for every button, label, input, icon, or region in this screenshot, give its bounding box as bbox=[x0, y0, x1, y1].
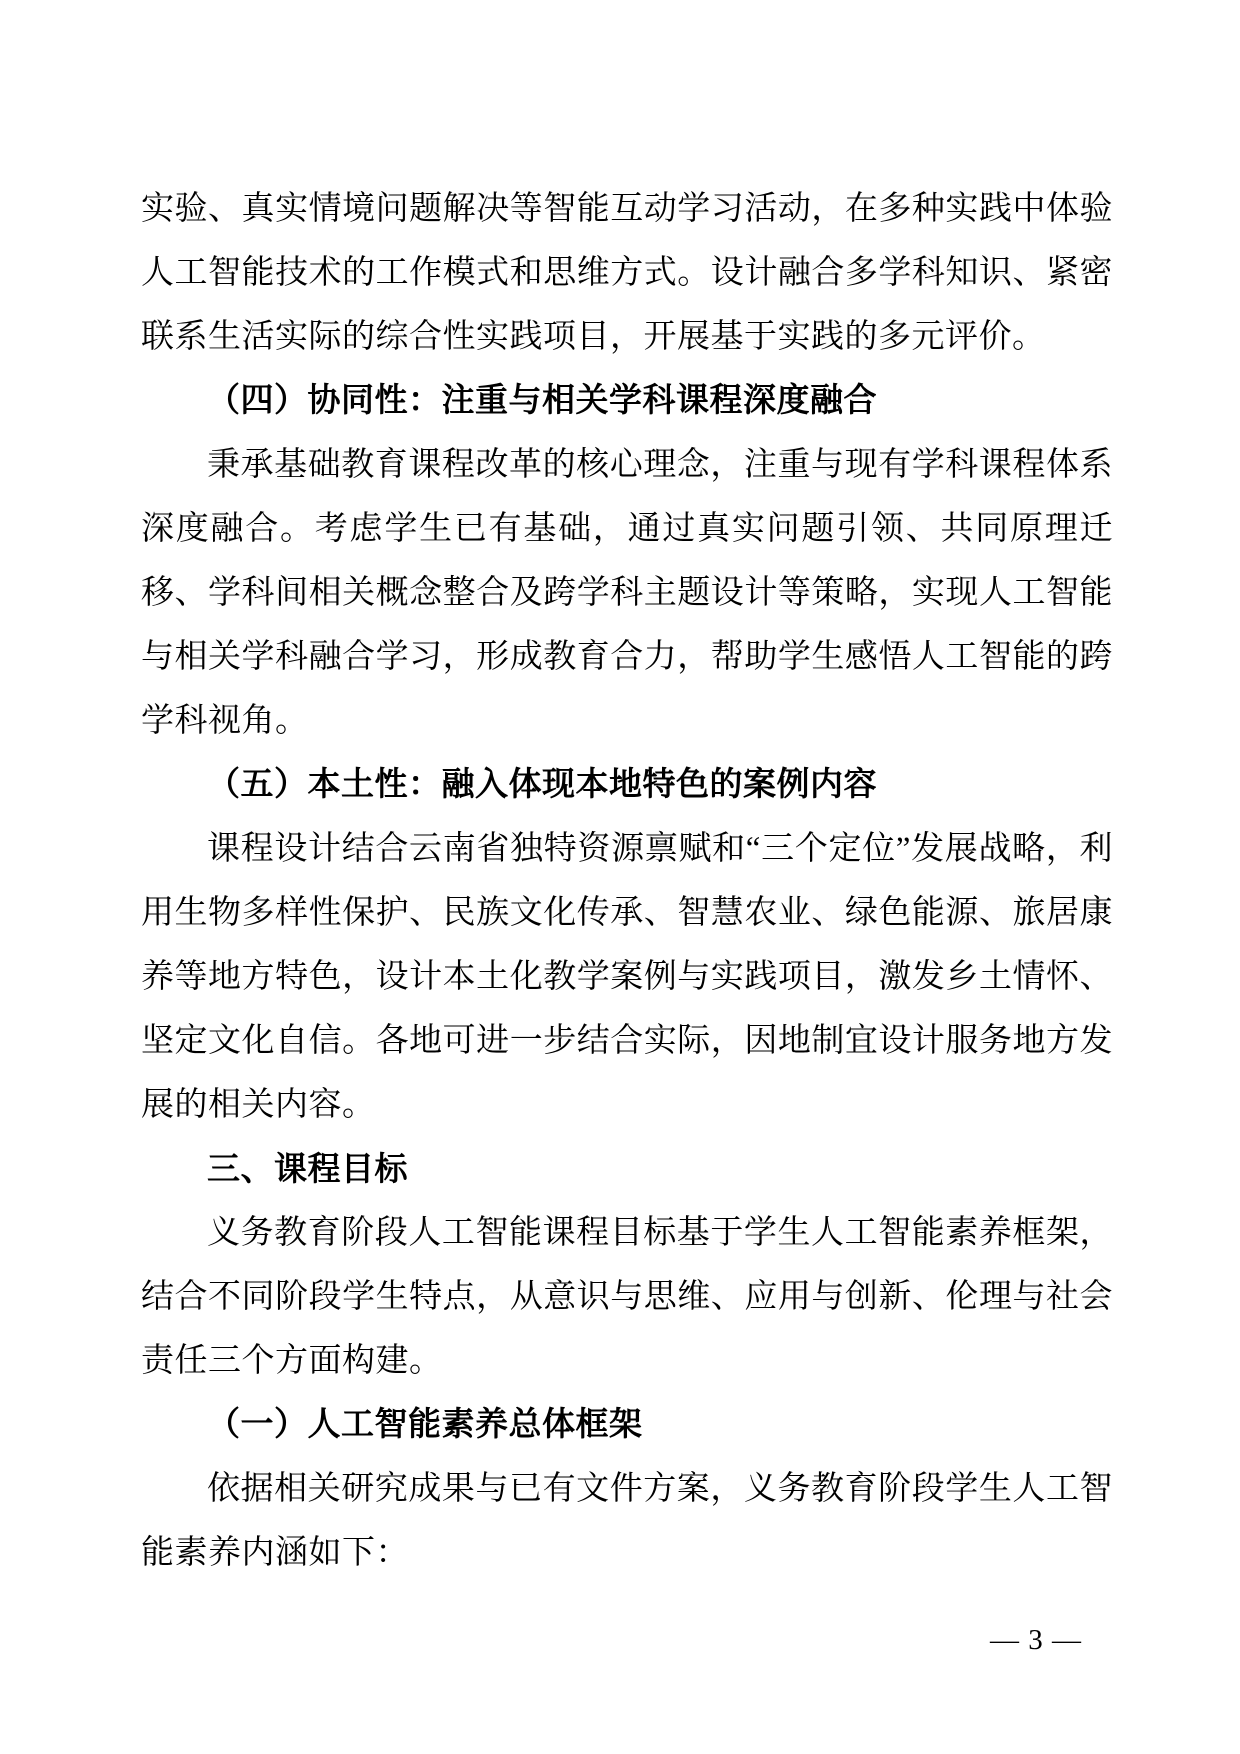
paragraph-course-goals-intro: 义务教育阶段人工智能课程目标基于学生人工智能素养框架，结合不同阶段学生特点，从意… bbox=[141, 1201, 1113, 1393]
paragraph-continuation: 实验、真实情境问题解决等智能互动学习活动，在多种实践中体验人工智能技术的工作模式… bbox=[141, 177, 1113, 369]
paragraph-localization: 课程设计结合云南省独特资源禀赋和“三个定位”发展战略，利用生物多样性保护、民族文… bbox=[141, 817, 1113, 1137]
paragraph-literacy-framework-intro: 依据相关研究成果与已有文件方案，义务教育阶段学生人工智能素养内涵如下： bbox=[141, 1457, 1113, 1585]
document-page: 实验、真实情境问题解决等智能互动学习活动，在多种实践中体验人工智能技术的工作模式… bbox=[0, 0, 1240, 1754]
subsection-heading-5: （五）本土性：融入体现本地特色的案例内容 bbox=[141, 753, 1113, 817]
subsection-heading-4: （四）协同性：注重与相关学科课程深度融合 bbox=[141, 369, 1113, 433]
subsection-heading-1: （一）人工智能素养总体框架 bbox=[141, 1393, 1113, 1457]
page-number: — 3 — bbox=[990, 1620, 1082, 1660]
document-body: 实验、真实情境问题解决等智能互动学习活动，在多种实践中体验人工智能技术的工作模式… bbox=[141, 177, 1113, 1585]
paragraph-collaboration: 秉承基础教育课程改革的核心理念，注重与现有学科课程体系深度融合。考虑学生已有基础… bbox=[141, 433, 1113, 753]
chapter-heading-course-goals: 三、课程目标 bbox=[141, 1137, 1113, 1201]
